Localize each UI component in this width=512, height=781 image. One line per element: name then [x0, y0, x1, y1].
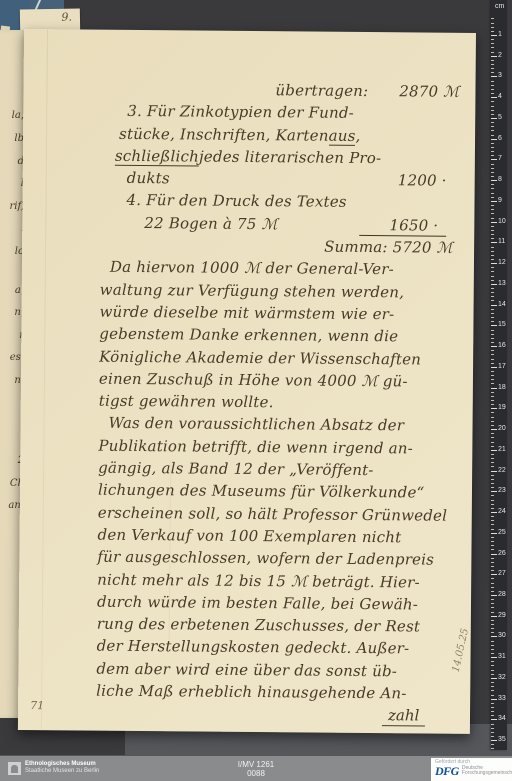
budget-item-line: 22 Bogen à 75 ℳ 1650 ·: [98, 213, 472, 239]
ruler-minor-tick: [491, 300, 494, 301]
ruler-minor-tick: [491, 587, 494, 588]
ruler-minor-tick: [491, 570, 494, 571]
ruler-minor-tick: [491, 288, 494, 289]
archival-scan-view: 9. la, lb d l rif, . lo a, n, r es, n, 2…: [0, 0, 512, 781]
ruler-minor-tick: [491, 558, 494, 559]
ruler-tick-label: 5: [498, 114, 502, 122]
ruler-minor-tick: [491, 707, 494, 708]
ruler-minor-tick: [491, 251, 494, 252]
ruler-major-tick: [491, 512, 497, 513]
ruler-minor-tick: [491, 259, 494, 260]
manuscript-line: nicht mehr als 12 bis 15 ℳ beträgt. Hier…: [95, 570, 469, 596]
ruler-major-tick: [491, 325, 497, 326]
ruler-minor-tick: [491, 520, 494, 521]
ruler-tick-label: 27: [498, 570, 506, 578]
ruler-minor-tick: [491, 114, 494, 115]
ruler-minor-tick: [491, 479, 494, 480]
line-text: für ausgeschlossen, wofern der Ladenprei…: [97, 548, 434, 569]
ruler-major-tick: [491, 242, 497, 243]
ruler-major-tick: [491, 284, 497, 285]
ruler-minor-tick: [491, 715, 494, 716]
item-amount-underlined: 1650 ·: [359, 216, 446, 237]
previous-page-tab: 9.: [20, 8, 80, 30]
ruler-major-tick: [491, 450, 497, 451]
ruler-minor-tick: [491, 193, 494, 194]
ruler-minor-tick: [491, 674, 494, 675]
ruler-minor-tick: [491, 43, 494, 44]
ruler-minor-tick: [491, 18, 494, 19]
manuscript-line: schließlich jedes literarischen Pro-: [99, 147, 473, 173]
ruler-minor-tick: [491, 247, 494, 248]
ruler-minor-tick: [491, 433, 494, 434]
ruler-minor-tick: [491, 475, 494, 476]
ruler-major-tick: [491, 76, 497, 77]
ruler-minor-tick: [491, 85, 494, 86]
catchword: zahl: [382, 706, 425, 726]
ruler-minor-tick: [491, 338, 494, 339]
ruler-major-tick: [491, 35, 497, 36]
ruler-tick-label: 11: [498, 238, 505, 246]
ruler-minor-tick: [491, 524, 494, 525]
ruler-minor-tick: [491, 392, 494, 393]
ruler-minor-tick: [491, 690, 494, 691]
ruler-minor-tick: [491, 147, 494, 148]
ruler-minor-tick: [491, 466, 494, 467]
ruler-tick-label: 22: [498, 467, 506, 475]
ruler-minor-tick: [491, 359, 494, 360]
ruler-minor-tick: [491, 653, 494, 654]
ruler-minor-tick: [491, 396, 494, 397]
ruler-minor-tick: [491, 549, 494, 550]
ruler-major-tick: [491, 429, 497, 430]
line-text: Publikation betrifft, die wenn irgend an…: [98, 436, 413, 457]
line-text: gängig, als Band 12 der „Veröffent-: [98, 459, 374, 479]
ruler-minor-tick: [491, 379, 494, 380]
ruler-minor-tick: [491, 313, 494, 314]
ruler-minor-tick: [491, 607, 494, 608]
ruler-tick-label: 33: [498, 695, 506, 703]
ruler-major-tick: [491, 305, 497, 306]
ruler-minor-tick: [491, 458, 494, 459]
ruler-minor-tick: [491, 661, 494, 662]
ruler-minor-tick: [491, 500, 494, 501]
ruler-tick-label: 21: [498, 446, 506, 454]
manuscript-text: übertragen: 2870 ℳ 3. Für Zinkotypien de…: [94, 80, 473, 708]
ruler-minor-tick: [491, 31, 494, 32]
ruler-minor-tick: [491, 537, 494, 538]
ruler-minor-tick: [491, 72, 494, 73]
ruler-major-tick: [491, 657, 497, 658]
line-text: nicht mehr als 12 bis 15 ℳ beträgt. Hier…: [97, 570, 420, 591]
ruler-minor-tick: [491, 442, 494, 443]
ruler-tick-label: 20: [498, 425, 506, 433]
ruler-minor-tick: [491, 47, 494, 48]
ruler-minor-tick: [491, 504, 494, 505]
ruler-minor-tick: [491, 101, 494, 102]
line-text: lichungen des Museums für Völkerkunde“: [98, 481, 425, 502]
manuscript-line: Da hiervon 1000 ℳ der General-Ver-: [98, 258, 472, 284]
manuscript-page: übertragen: 2870 ℳ 3. Für Zinkotypien de…: [18, 29, 476, 734]
ruler-minor-tick: [491, 209, 494, 210]
manuscript-line: lichungen des Museums für Völkerkunde“: [96, 481, 470, 507]
ruler-tick-label: 17: [498, 363, 506, 371]
manuscript-line: der Herstellungskosten gedeckt. Außer-: [95, 637, 469, 663]
ruler-major-tick: [491, 388, 497, 389]
ruler-major-tick: [491, 346, 497, 347]
line-text: stücke, Inschriften, Karten: [119, 124, 329, 144]
manuscript-line: den Verkauf von 100 Exemplaren nicht: [95, 526, 469, 552]
ruler-minor-tick: [491, 234, 494, 235]
ruler-minor-tick: [491, 703, 494, 704]
ruler-minor-tick: [491, 645, 494, 646]
manuscript-line: stücke, Inschriften, Karten aus,: [99, 124, 473, 150]
ruler-minor-tick: [491, 612, 494, 613]
ruler-minor-tick: [491, 620, 494, 621]
manuscript-line: Publikation betrifft, die wenn irgend an…: [96, 436, 470, 462]
ruler-minor-tick: [491, 495, 494, 496]
ruler-minor-tick: [491, 280, 494, 281]
ruler-tick-label: 34: [498, 715, 506, 723]
ruler-tick-label: 29: [498, 612, 506, 620]
ruler-minor-tick: [491, 665, 494, 666]
ruler-major-tick: [491, 595, 497, 596]
ruler-minor-tick: [491, 446, 494, 447]
manuscript-line: tigst gewähren wollte.: [97, 392, 471, 418]
ruler-minor-tick: [491, 371, 494, 372]
manuscript-line: durch würde im besten Falle, bei Gewäh-: [95, 592, 469, 618]
line-text: liche Maß erheblich hinausgehende An-: [96, 682, 406, 703]
ruler-minor-tick: [491, 135, 494, 136]
ruler-minor-tick: [491, 276, 494, 277]
ruler-major-tick: [491, 118, 497, 119]
ruler-tick-label: 8: [498, 176, 502, 184]
ruler-minor-tick: [491, 292, 494, 293]
ruler-minor-tick: [491, 487, 494, 488]
ruler-tick-label: 10: [498, 218, 506, 226]
ruler-minor-tick: [491, 126, 494, 127]
ruler-tick-label: 4: [498, 93, 502, 101]
carryover-label: übertragen:: [275, 81, 368, 100]
underlined-text: schließlich: [115, 147, 199, 167]
line-text: durch würde im besten Falle, bei Gewäh-: [97, 592, 418, 613]
manuscript-line: Königliche Akademie der Wissenschaften: [97, 347, 471, 373]
manuscript-line: waltung zur Verfügung stehen werden,: [98, 280, 472, 306]
ruler-minor-tick: [491, 27, 494, 28]
ruler-tick-label: 16: [498, 342, 506, 350]
ruler-major-tick: [491, 574, 497, 575]
ruler-minor-tick: [491, 529, 494, 530]
manuscript-line: würde dieselbe mit wärmstem wie er-: [97, 303, 471, 329]
ruler-minor-tick: [491, 213, 494, 214]
ruler-tick-label: 35: [498, 736, 506, 744]
ruler-minor-tick: [491, 321, 494, 322]
ruler-minor-tick: [491, 599, 494, 600]
ruler-minor-tick: [491, 155, 494, 156]
ruler-minor-tick: [491, 562, 494, 563]
ruler-major-tick: [491, 159, 497, 160]
carryover-line: übertragen: 2870 ℳ: [99, 80, 473, 106]
ruler-minor-tick: [491, 363, 494, 364]
ruler-minor-tick: [491, 736, 494, 737]
ruler-minor-tick: [491, 711, 494, 712]
ruler-minor-tick: [491, 330, 494, 331]
ruler-minor-tick: [491, 60, 494, 61]
tab-annotation: 9.: [61, 11, 72, 24]
ruler-tick-label: 1: [498, 31, 502, 39]
ruler-minor-tick: [491, 122, 494, 123]
ruler-tick-label: 3: [498, 72, 502, 80]
sum-line: Summa: 5720 ℳ: [98, 236, 472, 262]
item-amount: 1200 ·: [398, 171, 447, 189]
line-text: dem aber wird eine über das sonst üb-: [96, 659, 397, 680]
ruler-minor-tick: [491, 728, 494, 729]
ruler-minor-tick: [491, 143, 494, 144]
ruler-minor-tick: [491, 52, 494, 53]
ruler-minor-tick: [491, 566, 494, 567]
ruler-minor-tick: [491, 93, 494, 94]
manuscript-line: dem aber wird eine über das sonst üb-: [94, 659, 468, 685]
manuscript-line: gängig, als Band 12 der „Veröffent-: [96, 459, 470, 485]
ruler-major-tick: [491, 201, 497, 202]
cm-ruler: cm12345678910111213141516171819202122232…: [491, 0, 507, 750]
ruler-major-tick: [491, 740, 497, 741]
ruler-major-tick: [491, 678, 497, 679]
ruler-tick-label: 26: [498, 550, 506, 558]
line-text: 3. Für Zinkotypien der Fund-: [127, 102, 354, 122]
ruler-major-tick: [491, 699, 497, 700]
ruler-minor-tick: [491, 64, 494, 65]
budget-item-line: dukts 1200 ·: [99, 169, 473, 195]
ruler-tick-label: 2: [498, 52, 502, 60]
ruler-minor-tick: [491, 744, 494, 745]
ruler-minor-tick: [491, 641, 494, 642]
ruler-major-tick: [491, 636, 497, 637]
ruler-minor-tick: [491, 583, 494, 584]
ruler-minor-tick: [491, 267, 494, 268]
underlined-text: aus: [329, 126, 356, 145]
ruler-minor-tick: [491, 628, 494, 629]
ruler-minor-tick: [491, 437, 494, 438]
ruler-minor-tick: [491, 383, 494, 384]
ruler-minor-tick: [491, 632, 494, 633]
ruler-tick-label: 32: [498, 674, 506, 682]
ruler-major-tick: [491, 367, 497, 368]
manuscript-line: Was den voraussichtlichen Absatz der: [96, 414, 470, 440]
ruler-minor-tick: [491, 732, 494, 733]
ruler-minor-tick: [491, 508, 494, 509]
ruler-minor-tick: [491, 603, 494, 604]
ruler-minor-tick: [491, 541, 494, 542]
line-text: Königliche Akademie der Wissenschaften: [99, 347, 421, 368]
ruler-minor-tick: [491, 748, 494, 749]
ruler-minor-tick: [491, 184, 494, 185]
text-fragment: la,: [12, 110, 24, 121]
ruler-minor-tick: [491, 130, 494, 131]
manuscript-line: 4. Für den Druck des Textes: [98, 191, 472, 217]
ruler-minor-tick: [491, 106, 494, 107]
ruler-minor-tick: [491, 188, 494, 189]
page-crease: [41, 29, 48, 730]
ruler-minor-tick: [491, 545, 494, 546]
line-text: 22 Bogen à 75 ℳ: [144, 214, 278, 233]
ruler-minor-tick: [491, 670, 494, 671]
ruler-minor-tick: [491, 404, 494, 405]
line-text: erscheinen soll, so hält Professor Grünw…: [98, 503, 448, 524]
line-text: der Herstellungskosten gedeckt. Außer-: [97, 637, 410, 658]
ruler-minor-tick: [491, 238, 494, 239]
ruler-minor-tick: [491, 462, 494, 463]
line-text: ,: [355, 126, 360, 144]
dfg-funding-box: Gefördert durch DFG Deutsche Forschungsg…: [431, 758, 512, 781]
ruler-minor-tick: [491, 454, 494, 455]
ruler-major-tick: [491, 554, 497, 555]
ruler-minor-tick: [491, 624, 494, 625]
ruler-tick-label: 6: [498, 135, 502, 143]
line-text: einen Zuschuß in Höhe von 4000 ℳ gü-: [99, 370, 408, 391]
ruler-minor-tick: [491, 172, 494, 173]
ruler-major-tick: [491, 56, 497, 57]
ruler-tick-label: 18: [498, 384, 506, 392]
manuscript-line: für ausgeschlossen, wofern der Ladenprei…: [95, 548, 469, 574]
ruler-minor-tick: [491, 39, 494, 40]
ruler-minor-tick: [491, 271, 494, 272]
ruler-tick-label: 25: [498, 529, 506, 537]
ruler-tick-label: 9: [498, 197, 502, 205]
line-text: jedes literarischen Pro-: [199, 147, 381, 167]
ruler-minor-tick: [491, 205, 494, 206]
dfg-name-line2: Forschungsgemeinschaft: [462, 771, 512, 777]
ruler-minor-tick: [491, 110, 494, 111]
ruler-major-tick: [491, 263, 497, 264]
ruler-minor-tick: [491, 421, 494, 422]
line-text: den Verkauf von 100 Exemplaren nicht: [98, 526, 402, 547]
ruler-major-tick: [491, 180, 497, 181]
line-text: Was den voraussichtlichen Absatz der: [108, 414, 404, 435]
ruler-minor-tick: [491, 296, 494, 297]
ruler-major-tick: [491, 222, 497, 223]
ruler-minor-tick: [491, 483, 494, 484]
ruler-minor-tick: [491, 334, 494, 335]
ruler-minor-tick: [491, 309, 494, 310]
ruler-minor-tick: [491, 516, 494, 517]
manuscript-line: 3. Für Zinkotypien der Fund-: [99, 102, 473, 128]
ruler-minor-tick: [491, 226, 494, 227]
ruler-minor-tick: [491, 578, 494, 579]
ruler-minor-tick: [491, 682, 494, 683]
line-text: würde dieselbe mit wärmstem wie er-: [99, 303, 394, 324]
ruler-minor-tick: [491, 350, 494, 351]
line-text: 4. Für den Druck des Textes: [126, 191, 346, 211]
ruler-minor-tick: [491, 197, 494, 198]
ruler-minor-tick: [491, 176, 494, 177]
ruler-minor-tick: [491, 164, 494, 165]
line-text: rung des erbetenen Zuschusses, der Rest: [97, 615, 420, 636]
ruler-major-tick: [491, 491, 497, 492]
manuscript-line: liche Maß erheblich hinausgehende An-: [94, 682, 468, 708]
ruler-minor-tick: [491, 218, 494, 219]
ruler-major-tick: [491, 533, 497, 534]
ruler-minor-tick: [491, 255, 494, 256]
manuscript-line: rung des erbetenen Zuschusses, der Rest: [95, 615, 469, 641]
ruler-minor-tick: [491, 342, 494, 343]
ruler-minor-tick: [491, 354, 494, 355]
ruler-minor-tick: [491, 417, 494, 418]
ruler-minor-tick: [491, 230, 494, 231]
manuscript-line: einen Zuschuß in Höhe von 4000 ℳ gü-: [97, 370, 471, 396]
ruler-tick-label: 28: [498, 591, 506, 599]
ruler-minor-tick: [491, 724, 494, 725]
ruler-minor-tick: [491, 375, 494, 376]
ruler-minor-tick: [491, 686, 494, 687]
line-text: tigst gewähren wollte.: [99, 392, 274, 412]
manuscript-line: erscheinen soll, so hält Professor Grünw…: [96, 503, 470, 529]
ruler-tick-label: 31: [498, 653, 506, 661]
ruler-tick-label: 14: [498, 301, 506, 309]
folio-number: 71: [30, 699, 44, 712]
ruler-minor-tick: [491, 23, 494, 24]
ruler-minor-tick: [491, 412, 494, 413]
ruler-tick-label: 7: [498, 155, 502, 163]
ruler-tick-label: 23: [498, 487, 506, 495]
ruler-minor-tick: [491, 400, 494, 401]
ruler-tick-label: 12: [498, 259, 506, 267]
ruler-minor-tick: [491, 695, 494, 696]
ruler-minor-tick: [491, 317, 494, 318]
ruler-tick-label: 19: [498, 404, 506, 412]
ruler-major-tick: [491, 408, 497, 409]
ruler-minor-tick: [491, 649, 494, 650]
line-text: gebenstem Danke erkennen, wenn die: [99, 325, 398, 346]
ruler-minor-tick: [491, 68, 494, 69]
line-text: waltung zur Verfügung stehen werden,: [100, 280, 405, 301]
ruler-minor-tick: [491, 81, 494, 82]
ruler-minor-tick: [491, 425, 494, 426]
ruler-minor-tick: [491, 151, 494, 152]
line-text: Summa: 5720 ℳ: [324, 238, 453, 257]
ruler-major-tick: [491, 97, 497, 98]
ruler-major-tick: [491, 616, 497, 617]
manuscript-line: gebenstem Danke erkennen, wenn die: [97, 325, 471, 351]
ruler-tick-label: 13: [498, 280, 506, 288]
ruler-tick-label: 30: [498, 632, 506, 640]
ruler-tick-label: 15: [498, 321, 506, 329]
carryover-amount: 2870 ℳ: [399, 82, 459, 101]
ruler-tick-label: 24: [498, 508, 506, 516]
ruler-minor-tick: [491, 591, 494, 592]
line-text: Da hiervon 1000 ℳ der General-Ver-: [110, 258, 394, 278]
ruler-major-tick: [491, 719, 497, 720]
ruler-major-tick: [491, 139, 497, 140]
line-text: dukts: [127, 169, 170, 187]
ruler-major-tick: [491, 471, 497, 472]
dfg-logo: DFG: [435, 765, 459, 777]
ruler-unit-label: cm: [495, 3, 504, 10]
ruler-minor-tick: [491, 168, 494, 169]
ruler-minor-tick: [491, 89, 494, 90]
